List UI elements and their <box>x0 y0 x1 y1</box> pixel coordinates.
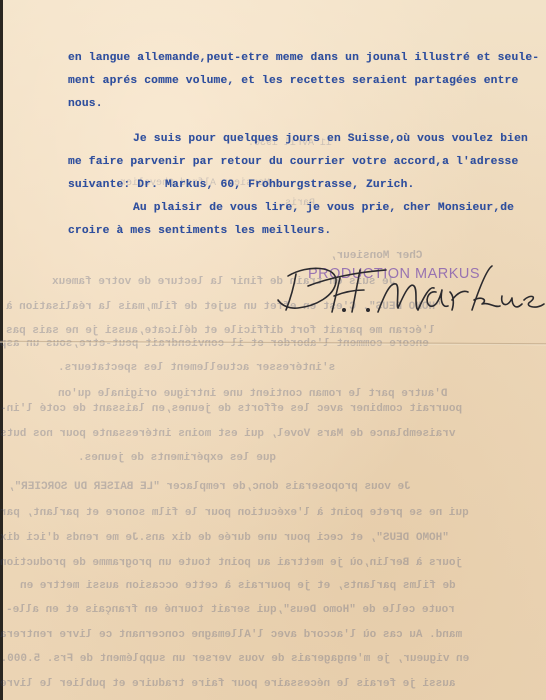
letter-line: croire à mes sentiments les meilleurs. <box>68 220 538 243</box>
letter-line: suivante: Dr. Markus, 60, Frohburgstrass… <box>68 174 538 197</box>
handwritten-signature <box>268 256 546 326</box>
letter-line: me faire parvenir par retour du courrier… <box>68 151 538 174</box>
letter-line: ment aprés comme volume, et les recettes… <box>68 70 538 93</box>
letter-body: en langue allemande,peut-etre meme dans … <box>68 47 538 243</box>
scan-border <box>0 0 3 700</box>
letter-line: en langue allemande,peut-etre meme dans … <box>68 47 538 70</box>
letter-line: Je suis pour quelques jours en Suisse,où… <box>68 128 538 151</box>
letter-line: nous. <box>68 93 538 116</box>
letter-line: Au plaisir de vous lire, je vous prie, c… <box>68 197 538 220</box>
